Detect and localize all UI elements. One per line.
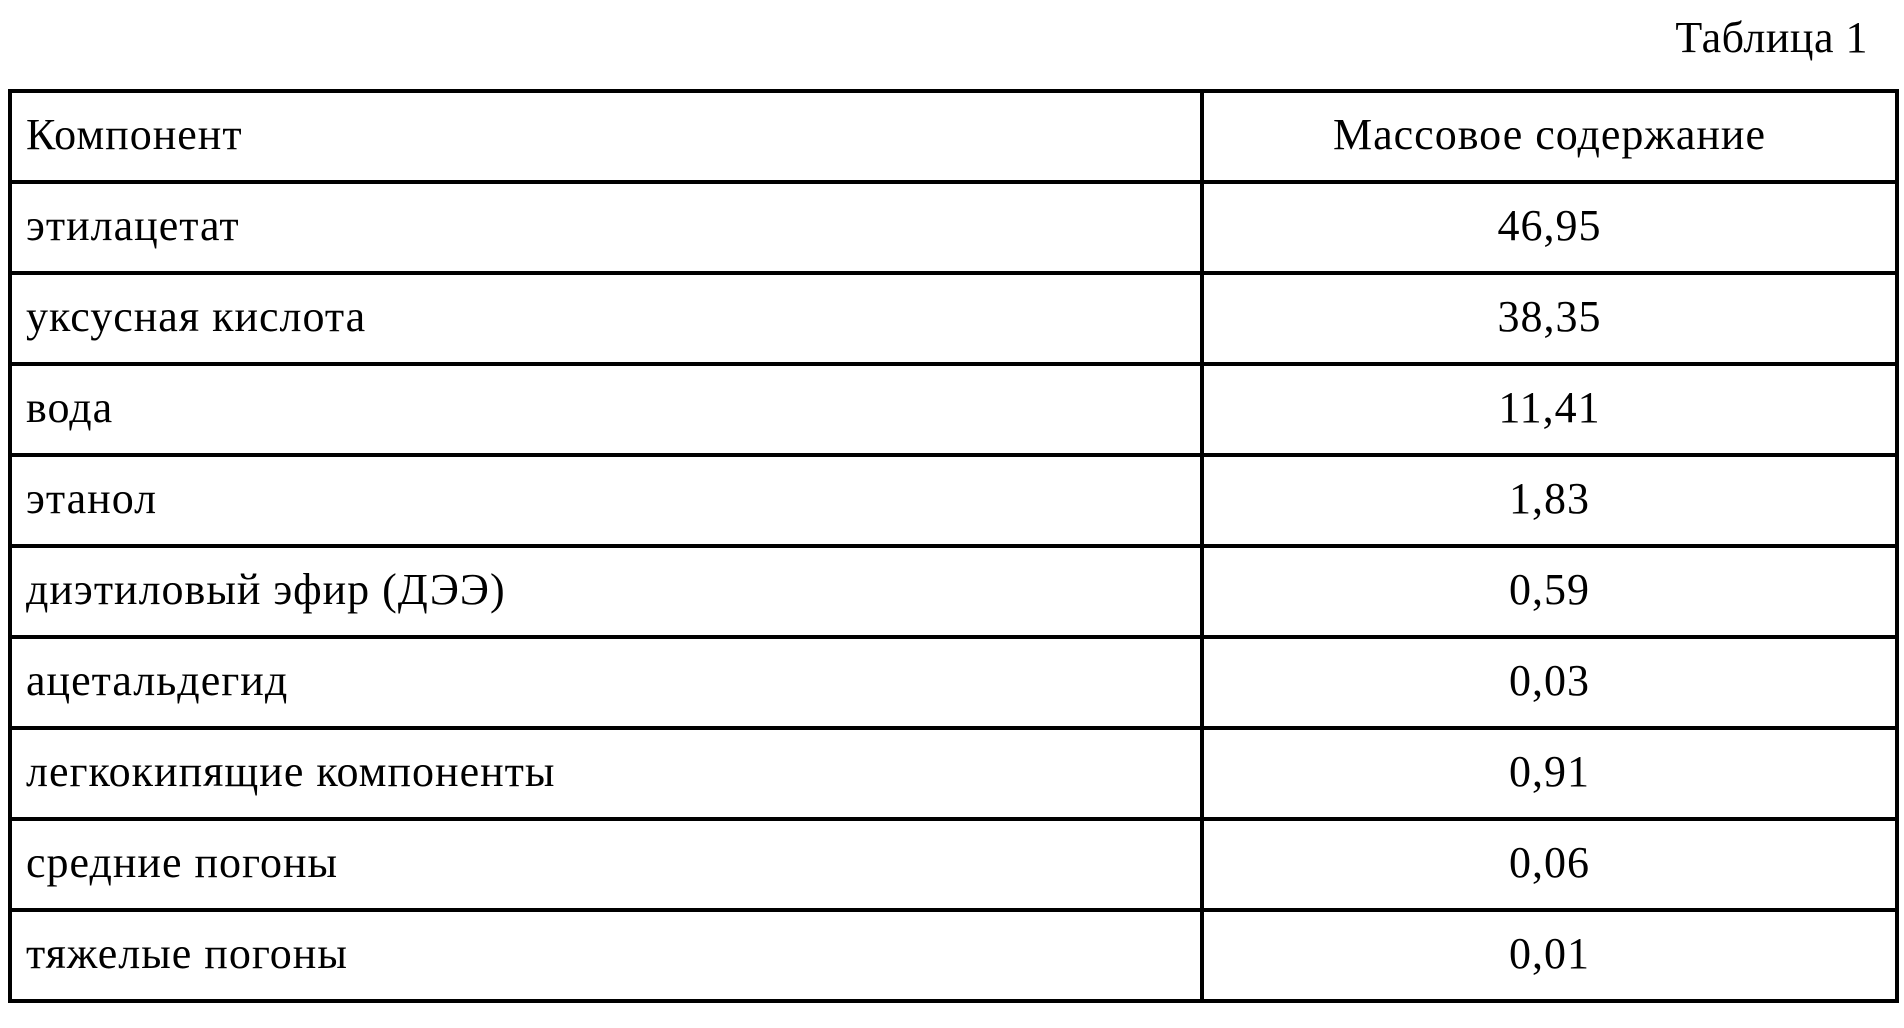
column-header-label: Массовое содержание — [1333, 109, 1766, 160]
component-cell: легкокипящие компоненты — [10, 728, 1202, 819]
component-name: этилацетат — [26, 200, 240, 251]
column-header-label: Компонент — [26, 109, 243, 160]
component-name: диэтиловый эфир (ДЭЭ) — [26, 564, 506, 615]
column-header-mass-content: Массовое содержание — [1202, 91, 1897, 182]
component-name: этанол — [26, 473, 157, 524]
table-row: легкокипящие компоненты0,91 — [10, 728, 1897, 819]
component-cell: средние погоны — [10, 819, 1202, 910]
component-name: тяжелые погоны — [26, 928, 348, 979]
component-cell: уксусная кислота — [10, 273, 1202, 364]
component-cell: тяжелые погоны — [10, 910, 1202, 1001]
composition-table: Компонент Массовое содержание этилацетат… — [8, 89, 1899, 1003]
table-row: этанол1,83 — [10, 455, 1897, 546]
mass-content-cell: 0,91 — [1202, 728, 1897, 819]
mass-content-value: 0,06 — [1509, 837, 1590, 888]
table-caption: Таблица 1 — [1675, 10, 1868, 66]
mass-content-cell: 0,06 — [1202, 819, 1897, 910]
column-header-component: Компонент — [10, 91, 1202, 182]
table-body: этилацетат46,95уксусная кислота38,35вода… — [10, 182, 1897, 1001]
component-cell: диэтиловый эфир (ДЭЭ) — [10, 546, 1202, 637]
mass-content-value: 1,83 — [1509, 473, 1590, 524]
mass-content-cell: 1,83 — [1202, 455, 1897, 546]
mass-content-cell: 0,59 — [1202, 546, 1897, 637]
table-row: диэтиловый эфир (ДЭЭ)0,59 — [10, 546, 1897, 637]
mass-content-value: 0,91 — [1509, 746, 1590, 797]
mass-content-value: 0,03 — [1509, 655, 1590, 706]
mass-content-value: 11,41 — [1498, 382, 1600, 433]
table-row: ацетальдегид0,03 — [10, 637, 1897, 728]
table-header-row: Компонент Массовое содержание — [10, 91, 1897, 182]
mass-content-value: 0,59 — [1509, 564, 1590, 615]
component-cell: ацетальдегид — [10, 637, 1202, 728]
component-name: вода — [26, 382, 113, 433]
mass-content-cell: 0,03 — [1202, 637, 1897, 728]
component-cell: этанол — [10, 455, 1202, 546]
table-row: тяжелые погоны0,01 — [10, 910, 1897, 1001]
mass-content-cell: 38,35 — [1202, 273, 1897, 364]
mass-content-value: 38,35 — [1498, 291, 1602, 342]
mass-content-cell: 0,01 — [1202, 910, 1897, 1001]
table-row: вода11,41 — [10, 364, 1897, 455]
mass-content-cell: 11,41 — [1202, 364, 1897, 455]
component-name: легкокипящие компоненты — [26, 746, 555, 797]
component-cell: этилацетат — [10, 182, 1202, 273]
component-name: средние погоны — [26, 837, 338, 888]
table-row: средние погоны0,06 — [10, 819, 1897, 910]
mass-content-value: 46,95 — [1498, 200, 1602, 251]
table-row: уксусная кислота38,35 — [10, 273, 1897, 364]
table-row: этилацетат46,95 — [10, 182, 1897, 273]
mass-content-cell: 46,95 — [1202, 182, 1897, 273]
component-name: ацетальдегид — [26, 655, 288, 706]
mass-content-value: 0,01 — [1509, 928, 1590, 979]
component-name: уксусная кислота — [26, 291, 366, 342]
component-cell: вода — [10, 364, 1202, 455]
